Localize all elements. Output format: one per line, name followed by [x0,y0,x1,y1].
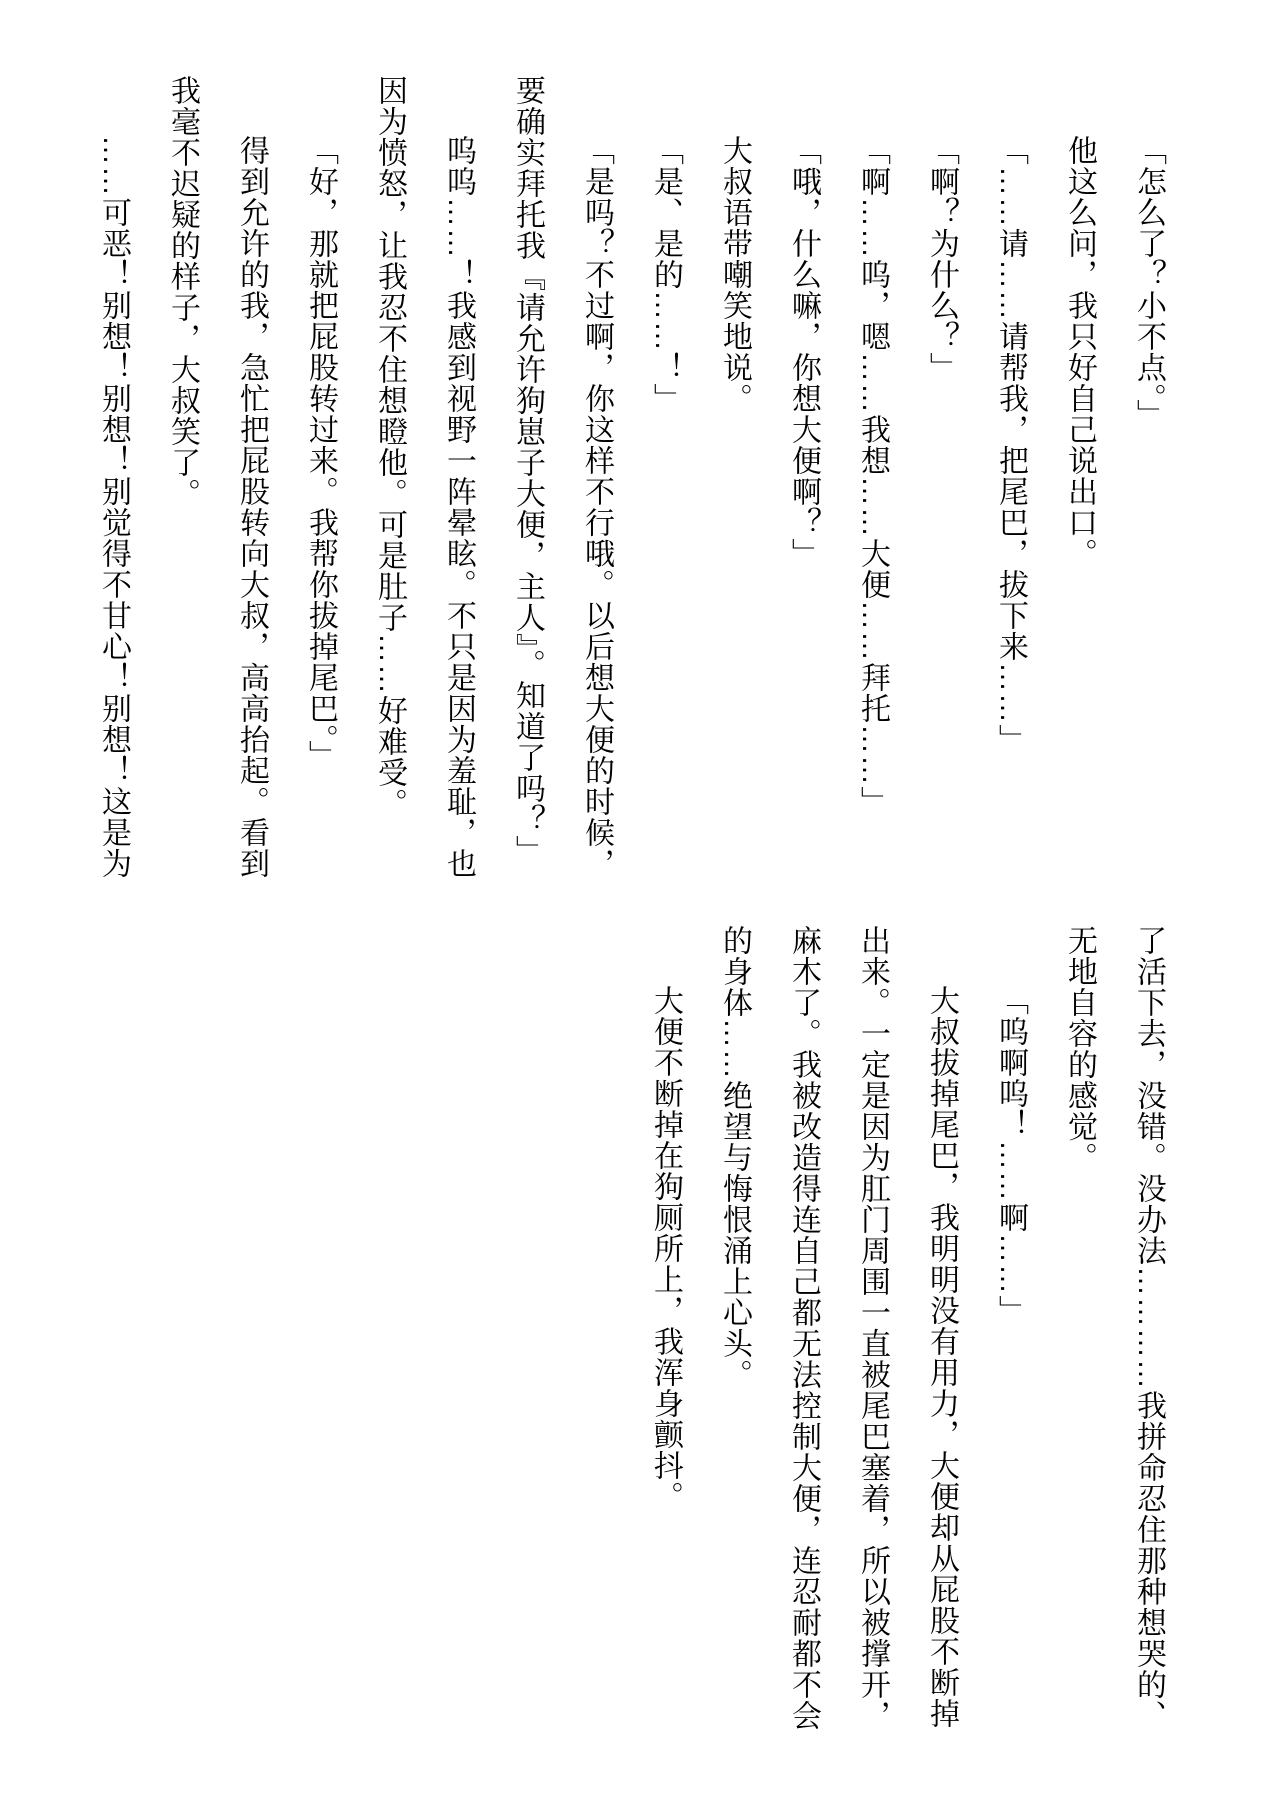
text-band-bottom: 了活下去，没错。没办法…………我拼命忍住那种想哭的、 无地自容的感觉。 「呜啊呜… [631,925,1183,1785]
text-column: 「呜啊呜！……啊……」 [976,925,1045,1785]
text-column: 大便不断掉在狗厕所上，我浑身颤抖。 [631,925,700,1785]
text-column: 要确实拜托我『请允许狗崽子大便，主人』。知道了吗？」 [493,75,562,935]
text-column: 「是吗？不过啊，你这样不行哦。以后想大便的时候， [562,75,631,935]
text-column: 「怎么了？小不点。」 [1114,75,1183,935]
text-column: 麻木了。我被改造得连自己都无法控制大便，连忍耐都不会 [769,925,838,1785]
page: 「怎么了？小不点。」 他这么问，我只好自己说出口。 「……请……请帮我，把尾巴，… [0,0,1280,1810]
text-column: 无地自容的感觉。 [1045,925,1114,1785]
text-column: 我毫不迟疑的样子，大叔笑了。 [148,75,217,935]
text-column: 「……请……请帮我，把尾巴，拔下来……」 [976,75,1045,935]
text-column: 的身体……绝望与悔恨涌上心头。 [700,925,769,1785]
text-column: 「好，那就把屁股转过来。我帮你拔掉尾巴。」 [286,75,355,935]
text-column: 「是、是的……！」 [631,75,700,935]
text-column: ……可恶！别想！别想！别觉得不甘心！别想！这是为 [79,75,148,935]
text-column: 得到允许的我，急忙把屁股转向大叔，高高抬起。看到 [217,75,286,935]
text-column: 出来。一定是因为肛门周围一直被尾巴塞着，所以被撑开， [838,925,907,1785]
text-column: 「啊……呜，嗯……我想……大便……拜托……」 [838,75,907,935]
text-band-top: 「怎么了？小不点。」 他这么问，我只好自己说出口。 「……请……请帮我，把尾巴，… [79,75,1183,935]
text-column: 大叔语带嘲笑地说。 [700,75,769,935]
text-column: 「哦，什么嘛，你想大便啊？」 [769,75,838,935]
text-column: 因为愤怒，让我忍不住想瞪他。可是肚子……好难受。 [355,75,424,935]
text-column: 呜呜……！我感到视野一阵晕眩。不只是因为羞耻，也 [424,75,493,935]
text-column: 「啊？为什么？」 [907,75,976,935]
text-column: 大叔拔掉尾巴，我明明没有用力，大便却从屁股不断掉 [907,925,976,1785]
text-column: 了活下去，没错。没办法…………我拼命忍住那种想哭的、 [1114,925,1183,1785]
text-column: 他这么问，我只好自己说出口。 [1045,75,1114,935]
